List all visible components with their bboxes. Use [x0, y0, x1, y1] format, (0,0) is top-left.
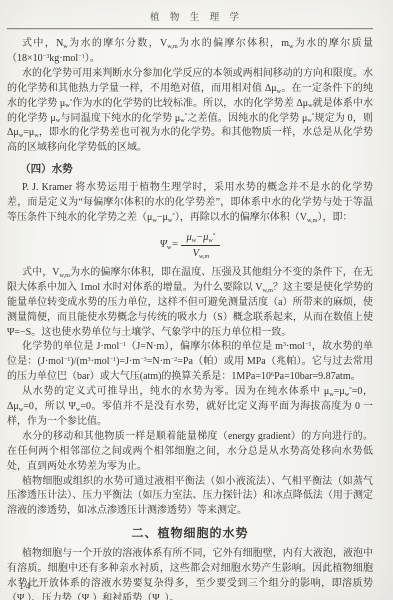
paragraph: 植物细胞或组织的水势可通过液相平衡法（如小液流法）、气相平衡法（如蒸气压渗透压计… — [7, 475, 373, 520]
paragraph: 化学势的单位是 J·mol−1（J=N·m），偏摩尔体积的单位是 m3·mol−… — [7, 340, 373, 385]
running-header-title: 植 物 生 理 学 — [150, 13, 243, 23]
paragraph: 式中，Vw,m为水的偏摩尔体积，即在温度、压强及其他组分不变的条件下，在无限大体… — [7, 266, 373, 341]
paragraph: 水分的移动和其他物质一样是顺着能量梯度（energy gradient）的方向进… — [7, 430, 373, 475]
formula-numerator: μw−μw° — [181, 231, 220, 246]
paragraph: 从水势的定义式可推导出，纯水的水势为零。因为在纯水体系中 μw=μw°=0，Δμ… — [7, 385, 373, 430]
paragraph: 植物细胞与一个开放的溶液体系有所不同，它外有细胞壁，内有大液泡，液泡中有溶质。细… — [7, 547, 373, 600]
running-header: 植 物 生 理 学 — [0, 0, 393, 23]
paragraph: 水的化学势可用来判断水分参加化学反应的本领或两相间移动的方向和限度。水的化学势和… — [7, 67, 373, 156]
formula-denominator: Vw,m — [193, 246, 210, 260]
formula-fraction: μw−μw°Vw,m — [181, 231, 220, 260]
book-page: 植 物 生 理 学 式中，Nw为水的摩尔分数，Vw,m为水的偏摩尔体积，mw为水… — [0, 0, 393, 600]
formula-lhs: Ψw= — [160, 238, 179, 253]
page-number: · 14 · — [10, 581, 42, 591]
document-blocks: 式中，Nw为水的摩尔分数，Vw,m为水的偏摩尔体积，mw为水的摩尔质量（18×1… — [0, 29, 393, 600]
paragraph: P. J. Kramer 将水势运用于植物生理学时，采用水势的概念并不是水的化学… — [7, 181, 373, 226]
paragraph: 式中，Nw为水的摩尔分数，Vw,m为水的偏摩尔体积，mw为水的摩尔质量（18×1… — [7, 37, 373, 67]
subheading: （四）水势 — [7, 162, 373, 177]
water-potential-formula: Ψw=μw−μw°Vw,m — [7, 231, 373, 260]
section-heading: 二、植物细胞的水势 — [7, 526, 373, 541]
